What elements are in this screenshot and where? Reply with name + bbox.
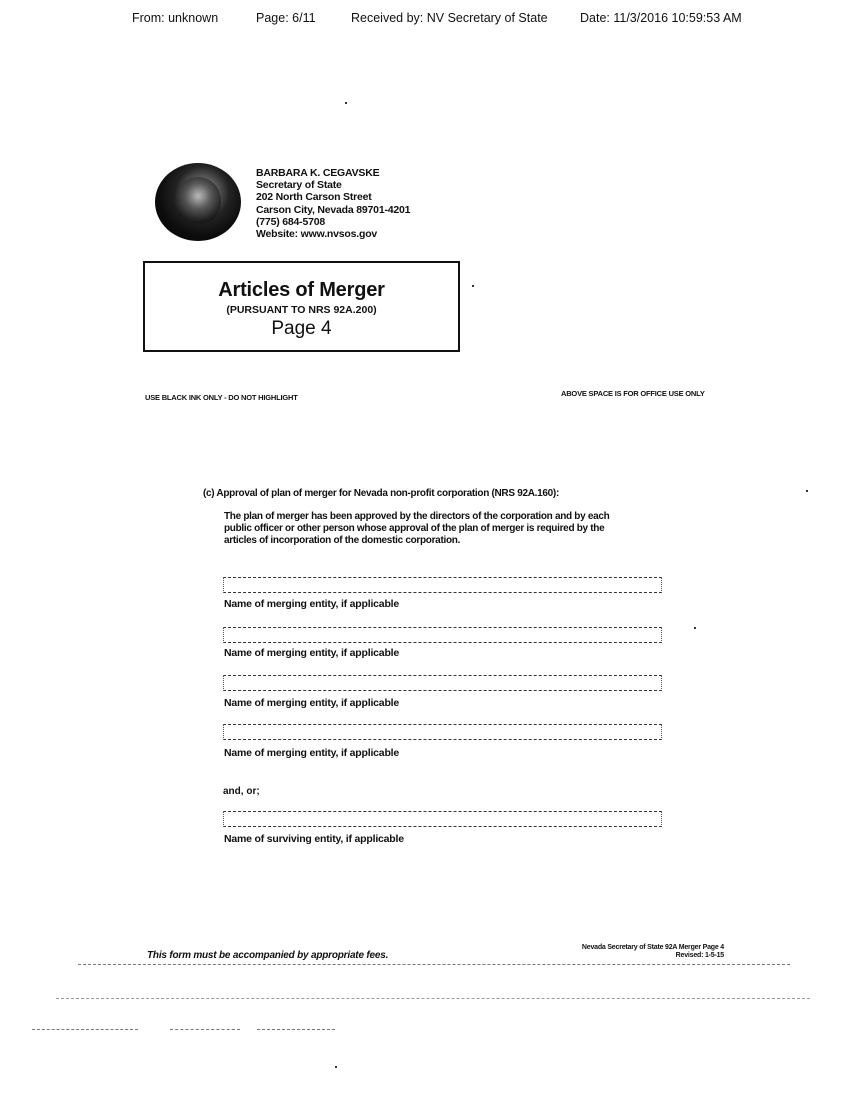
scan-artifact-line <box>257 1029 335 1030</box>
merging-entity-3-input[interactable] <box>223 675 662 691</box>
merging-entity-2-label: Name of merging entity, if applicable <box>224 647 399 659</box>
scan-artifact-line <box>56 998 810 999</box>
merging-entity-3-label: Name of merging entity, if applicable <box>224 697 399 709</box>
merging-entity-1-label: Name of merging entity, if applicable <box>224 598 399 610</box>
surviving-entity-label: Name of surviving entity, if applicable <box>224 833 404 845</box>
office-use-note: ABOVE SPACE IS FOR OFFICE USE ONLY <box>561 389 705 398</box>
scan-artifact-line <box>32 1029 138 1030</box>
merging-entity-2-input[interactable] <box>223 627 662 643</box>
fax-header: From: unknown Page: 6/11 Received by: NV… <box>0 11 849 27</box>
fees-note: This form must be accompanied by appropr… <box>147 950 388 961</box>
merging-entity-4-label: Name of merging entity, if applicable <box>224 747 399 759</box>
ink-instruction: USE BLACK INK ONLY - DO NOT HIGHLIGHT <box>145 393 298 402</box>
sos-title: Secretary of State <box>256 179 410 191</box>
sos-street: 202 North Carson Street <box>256 191 410 203</box>
surviving-entity-input[interactable] <box>223 811 662 827</box>
fax-page: Page: 6/11 <box>256 11 316 25</box>
and-or-text: and, or; <box>223 786 260 797</box>
scan-artifact-line <box>78 964 790 965</box>
scan-speck <box>694 627 696 629</box>
form-title-box: Articles of Merger (PURSUANT TO NRS 92A.… <box>143 261 460 352</box>
sos-name: BARBARA K. CEGAVSKE <box>256 167 410 179</box>
fax-date: Date: 11/3/2016 10:59:53 AM <box>580 11 742 25</box>
scan-speck <box>806 490 808 492</box>
sos-city: Carson City, Nevada 89701-4201 <box>256 204 410 216</box>
sos-website: Website: www.nvsos.gov <box>256 228 410 240</box>
scan-speck <box>472 285 474 287</box>
section-c-heading: (c) Approval of plan of merger for Nevad… <box>203 488 559 499</box>
fax-received-by: Received by: NV Secretary of State <box>351 11 548 25</box>
form-subtitle: (PURSUANT TO NRS 92A.200) <box>145 304 458 316</box>
form-page-label: Page 4 <box>145 318 458 340</box>
scan-artifact-line <box>170 1029 240 1030</box>
form-reference: Nevada Secretary of State 92A Merger Pag… <box>562 944 724 960</box>
form-title: Articles of Merger <box>145 279 458 302</box>
secretary-of-state-block: BARBARA K. CEGAVSKE Secretary of State 2… <box>256 167 410 240</box>
scan-speck <box>335 1066 337 1068</box>
fax-from: From: unknown <box>132 11 218 25</box>
merging-entity-1-input[interactable] <box>223 577 662 593</box>
nevada-seal-icon <box>155 163 241 241</box>
sos-phone: (775) 684-5708 <box>256 216 410 228</box>
merging-entity-4-input[interactable] <box>223 724 662 740</box>
section-c-body: The plan of merger has been approved by … <box>224 511 644 547</box>
scan-speck <box>345 102 347 104</box>
